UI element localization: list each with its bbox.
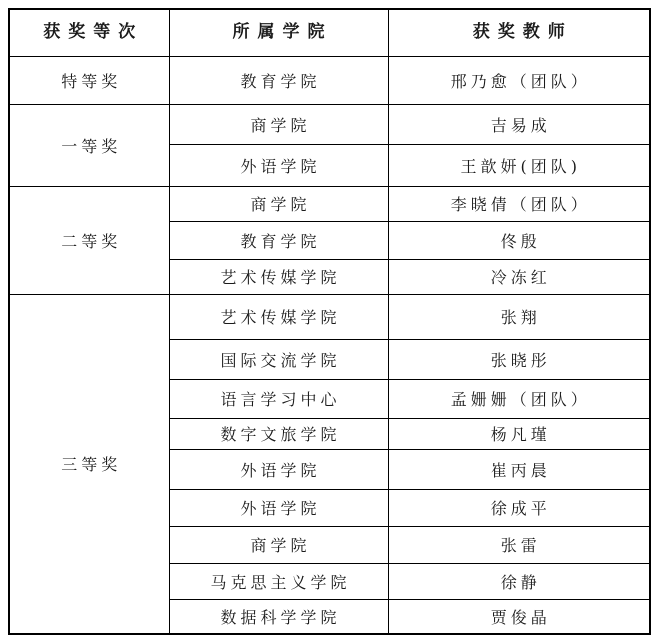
college-cell: 商学院 xyxy=(169,186,388,221)
teacher-cell: 佟殷 xyxy=(388,221,650,259)
college-cell: 艺术传媒学院 xyxy=(169,259,388,294)
college-cell: 国际交流学院 xyxy=(169,339,388,379)
teacher-cell: 张翔 xyxy=(388,294,650,339)
teacher-cell: 崔丙晨 xyxy=(388,449,650,489)
college-cell: 外语学院 xyxy=(169,449,388,489)
college-cell: 数字文旅学院 xyxy=(169,418,388,449)
teacher-cell: 徐成平 xyxy=(388,489,650,526)
teacher-cell: 徐静 xyxy=(388,563,650,599)
college-cell: 马克思主义学院 xyxy=(169,563,388,599)
college-cell: 数据科学学院 xyxy=(169,599,388,634)
table-row: 三等奖 艺术传媒学院 张翔 xyxy=(9,294,650,339)
table-header-row: 获奖等次 所属学院 获奖教师 xyxy=(9,9,650,56)
teacher-cell: 邢乃愈（团队） xyxy=(388,56,650,104)
header-teacher: 获奖教师 xyxy=(388,9,650,56)
college-cell: 艺术传媒学院 xyxy=(169,294,388,339)
table-row: 二等奖 商学院 李晓倩（团队） xyxy=(9,186,650,221)
header-award-level: 获奖等次 xyxy=(9,9,169,56)
teacher-cell: 张晓彤 xyxy=(388,339,650,379)
award-level-cell: 一等奖 xyxy=(9,104,169,186)
college-cell: 商学院 xyxy=(169,526,388,563)
teacher-cell: 冷冻红 xyxy=(388,259,650,294)
award-table: 获奖等次 所属学院 获奖教师 特等奖 教育学院 邢乃愈（团队） 一等奖 商学院 … xyxy=(8,8,651,635)
teacher-cell: 吉易成 xyxy=(388,104,650,144)
teacher-cell: 杨凡瑾 xyxy=(388,418,650,449)
award-level-cell: 三等奖 xyxy=(9,294,169,634)
college-cell: 语言学习中心 xyxy=(169,379,388,418)
teacher-cell: 王歆妍(团队) xyxy=(388,144,650,186)
college-cell: 商学院 xyxy=(169,104,388,144)
header-college: 所属学院 xyxy=(169,9,388,56)
teacher-cell: 李晓倩（团队） xyxy=(388,186,650,221)
teacher-cell: 孟姗姗（团队） xyxy=(388,379,650,418)
document-page: 获奖等次 所属学院 获奖教师 特等奖 教育学院 邢乃愈（团队） 一等奖 商学院 … xyxy=(0,0,658,642)
table-row: 特等奖 教育学院 邢乃愈（团队） xyxy=(9,56,650,104)
table-row: 一等奖 商学院 吉易成 xyxy=(9,104,650,144)
teacher-cell: 贾俊晶 xyxy=(388,599,650,634)
award-level-cell: 特等奖 xyxy=(9,56,169,104)
college-cell: 教育学院 xyxy=(169,56,388,104)
college-cell: 外语学院 xyxy=(169,489,388,526)
college-cell: 外语学院 xyxy=(169,144,388,186)
teacher-cell: 张雷 xyxy=(388,526,650,563)
award-level-cell: 二等奖 xyxy=(9,186,169,294)
college-cell: 教育学院 xyxy=(169,221,388,259)
